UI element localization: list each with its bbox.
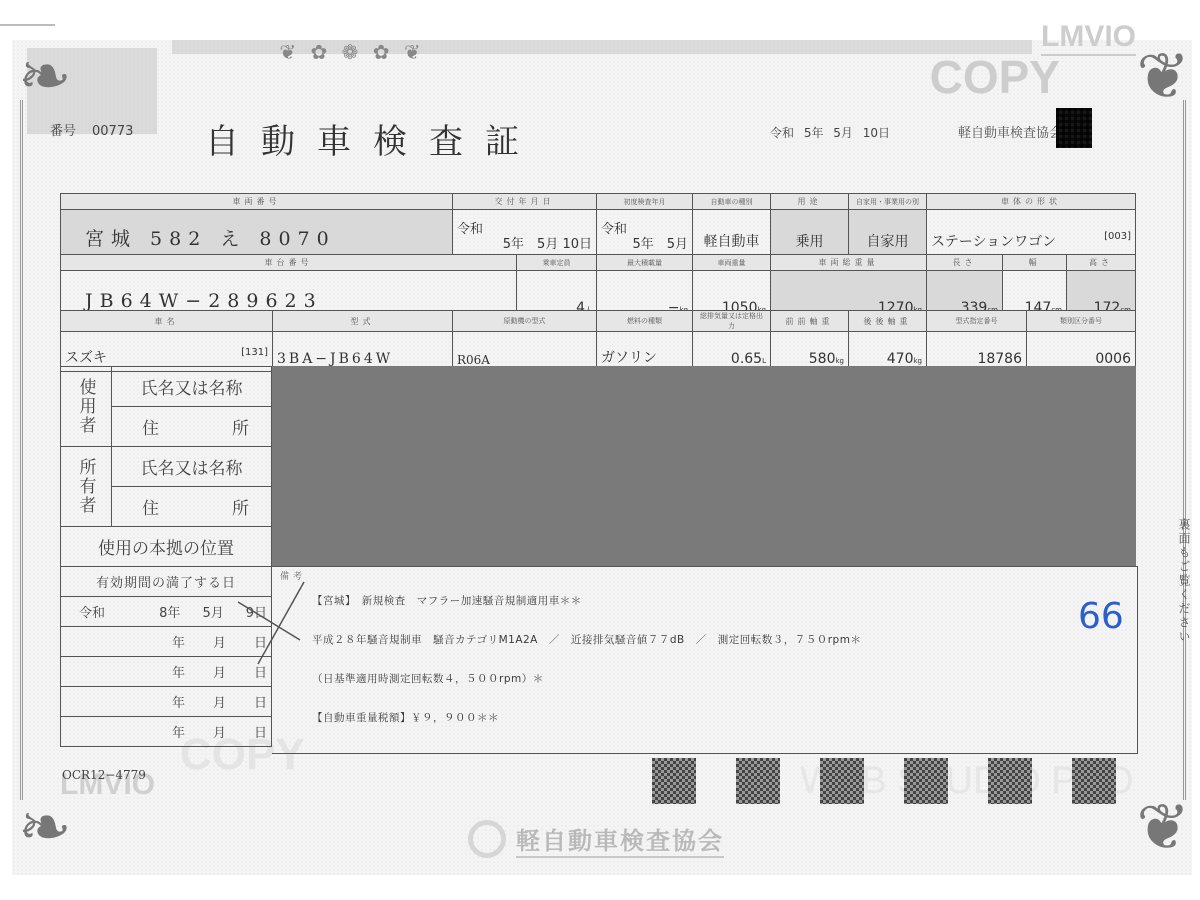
front-axle-unit: kg (836, 357, 845, 365)
make-code: [131] (241, 347, 268, 358)
handwritten-note: 66 (1078, 596, 1124, 637)
header-make: 車名 (61, 311, 273, 332)
expiry-blank-row: 年月日 (61, 657, 272, 687)
make-value: スズキ (65, 350, 107, 366)
remarks-label: 備考 (280, 569, 306, 582)
document-title: 自動車検査証 (205, 114, 541, 163)
first-era: 令和 (601, 222, 688, 237)
expiry-month: 5月 (202, 602, 223, 621)
ornament-border-right (1170, 100, 1186, 800)
qr-code-icon (736, 758, 780, 804)
header-width: 幅 (1003, 255, 1067, 271)
header-use: 用途 (771, 194, 849, 210)
issue-date-cell: 令和 5年 5月 10日 (453, 210, 597, 256)
expiry-era: 令和 (79, 602, 105, 621)
header-private-commercial: 自家用・事業用の別 (849, 194, 927, 210)
header-fuel: 燃料の種類 (597, 311, 693, 332)
association-ring-icon (468, 820, 506, 858)
user-address-label: 住所 (112, 407, 272, 447)
blank-month: 月 (213, 662, 226, 681)
vehicle-info-row-3: 車名 型式 原動機の型式 燃料の種類 総排気量又は定格出力 前前軸重 後後軸重 … (60, 310, 1136, 372)
remarks-text: 【宮城】 新規検査 マフラー加速騒音規制適用車＊＊ 平成２８年騒音規制車 騒音カ… (312, 569, 861, 751)
vehicle-class: 軽自動車 (693, 210, 771, 256)
see-reverse-note: 裏面もご覧ください (1176, 518, 1193, 644)
header-model: 型式 (273, 311, 453, 332)
serial-number: 番号00773 (50, 120, 133, 139)
expiry-blank-row: 年月日 (61, 717, 272, 747)
registration-number: 宮城 582 え 8070 (61, 210, 453, 256)
expiry-date-row: 令和 8年 5月 9日 (61, 597, 272, 627)
qr-code-icon (652, 758, 696, 804)
redacted-personal-info (272, 366, 1136, 566)
blank-day: 日 (254, 722, 267, 741)
header-engine-model: 原動機の型式 (453, 311, 597, 332)
association-name: 軽自動車検査協会 (516, 821, 724, 858)
seal-qr-icon (1056, 108, 1092, 148)
header-gross-weight: 車両総重量 (771, 255, 927, 271)
serial-label: 番号 (50, 124, 76, 139)
expiry-block: 有効期間の満了する日 令和 8年 5月 9日 年月日 年月日 年月日 年月日 (60, 566, 272, 747)
header-vehicle-class: 自動車の種別 (693, 194, 771, 210)
header-weight: 車両重量 (693, 255, 771, 271)
ocr-code: OCR12−4779 (62, 768, 146, 782)
blank-year: 年 (172, 722, 185, 741)
qr-code-icon (1072, 758, 1116, 804)
ornament-corner-icon: ❦ (1136, 791, 1190, 865)
remarks-line: 【宮城】 新規検査 マフラー加速騒音規制適用車＊＊ (312, 595, 861, 608)
base-location-label: 使用の本拠の位置 (61, 527, 272, 567)
header-type-approval: 型式指定番号 (927, 311, 1027, 332)
expiry-day: 9日 (246, 602, 267, 621)
blank-year: 年 (172, 662, 185, 681)
owner-label: 所有者 (61, 447, 112, 527)
watermark-copy: COPY (930, 50, 1060, 104)
owner-user-block: 使用者 氏名又は名称 住所 所有者 氏名又は名称 住所 使用の本拠の位置 (60, 366, 272, 567)
expiry-year: 8年 (159, 602, 180, 621)
blank-month: 月 (213, 692, 226, 711)
address-char-1: 住 (142, 414, 159, 439)
private-commercial: 自家用 (849, 210, 927, 256)
vehicle-info-row-2: 車台番号 乗車定員 最大積載量 車両重量 車両総重量 長さ 幅 高さ JB64W… (60, 254, 1136, 317)
ornament-border-left (20, 100, 36, 800)
qr-code-icon (820, 758, 864, 804)
blank-year: 年 (172, 692, 185, 711)
body-code: [003] (1104, 231, 1131, 242)
rear-axle-value: 470 (887, 351, 914, 367)
issuer-name: 軽自動車検査協会 (958, 122, 1062, 141)
blank-day: 日 (254, 662, 267, 681)
ornament-corner-icon: ❦ (1136, 40, 1190, 114)
expiry-blank-row: 年月日 (61, 627, 272, 657)
header-capacity: 乗車定員 (517, 255, 597, 271)
body-shape-cell: ステーションワゴン [003] (927, 210, 1136, 256)
issue-date-value: 5年 5月 10日 (457, 237, 592, 252)
address-char-2: 所 (232, 414, 249, 439)
address-char-2: 所 (232, 494, 249, 519)
ornament-top-icon: ❦ ✿ ❁ ✿ ❦ (182, 40, 522, 60)
association-logo: 軽自動車検査協会 (468, 820, 724, 858)
qr-code-strip (652, 758, 1116, 804)
header-front-axle: 前前軸重 (771, 311, 849, 332)
first-registration-value: 5年 5月 (601, 237, 688, 252)
displacement-value: 0.65 (731, 351, 762, 367)
header-first-registration: 初度検査年月 (597, 194, 693, 210)
header-registration-no: 車両番号 (61, 194, 453, 210)
scan-edge-line (0, 24, 55, 26)
header-issue-date: 交付年月日 (453, 194, 597, 210)
vehicle-use: 乗用 (771, 210, 849, 256)
user-name-label: 氏名又は名称 (112, 367, 272, 407)
remarks-line: 【自動車重量税額】￥９，９００＊＊ (312, 712, 861, 725)
body-shape: ステーションワゴン (931, 234, 1056, 250)
serial-value: 00773 (92, 124, 133, 139)
header-max-load: 最大積載量 (597, 255, 693, 271)
blank-year: 年 (172, 632, 185, 651)
blank-month: 月 (213, 632, 226, 651)
blank-day: 日 (254, 632, 267, 651)
ornament-corner-icon: ❧ (18, 40, 72, 114)
document-issue-date: 令和 5年 5月 10日 (770, 124, 890, 141)
issue-era: 令和 (457, 222, 592, 237)
expiry-title: 有効期間の満了する日 (61, 567, 272, 597)
owner-address-label: 住所 (112, 487, 272, 527)
header-length: 長さ (927, 255, 1003, 271)
header-displacement: 総排気量又は定格出力 (693, 311, 771, 332)
vehicle-info-row-1: 車両番号 交付年月日 初度検査年月 自動車の種別 用途 自家用・事業用の別 車体… (60, 193, 1136, 256)
address-char-1: 住 (142, 494, 159, 519)
header-rear-axle: 後後軸重 (849, 311, 927, 332)
remarks-line: 平成２８年騒音規制車 騒音カテゴリM1A2A ／ 近接排気騒音値７７dB ／ 測… (312, 634, 861, 647)
remarks-line: （日基準適用時測定回転数４，５００rpm）＊ (312, 673, 861, 686)
first-registration-cell: 令和 5年 5月 (597, 210, 693, 256)
owner-name-label: 氏名又は名称 (112, 447, 272, 487)
remarks-block: 備考 【宮城】 新規検査 マフラー加速騒音規制適用車＊＊ 平成２８年騒音規制車 … (272, 566, 1138, 754)
front-axle-value: 580 (809, 351, 836, 367)
header-chassis-no: 車台番号 (61, 255, 517, 271)
blank-month: 月 (213, 722, 226, 741)
header-height: 高さ (1067, 255, 1136, 271)
qr-code-icon (904, 758, 948, 804)
qr-code-icon (988, 758, 1032, 804)
user-label: 使用者 (61, 367, 112, 447)
header-body-shape: 車体の形状 (927, 194, 1136, 210)
rear-axle-unit: kg (914, 357, 923, 365)
expiry-blank-row: 年月日 (61, 687, 272, 717)
ornament-corner-icon: ❧ (18, 791, 72, 865)
blank-day: 日 (254, 692, 267, 711)
header-category-no: 類別区分番号 (1027, 311, 1136, 332)
displacement-unit: L (762, 357, 766, 365)
